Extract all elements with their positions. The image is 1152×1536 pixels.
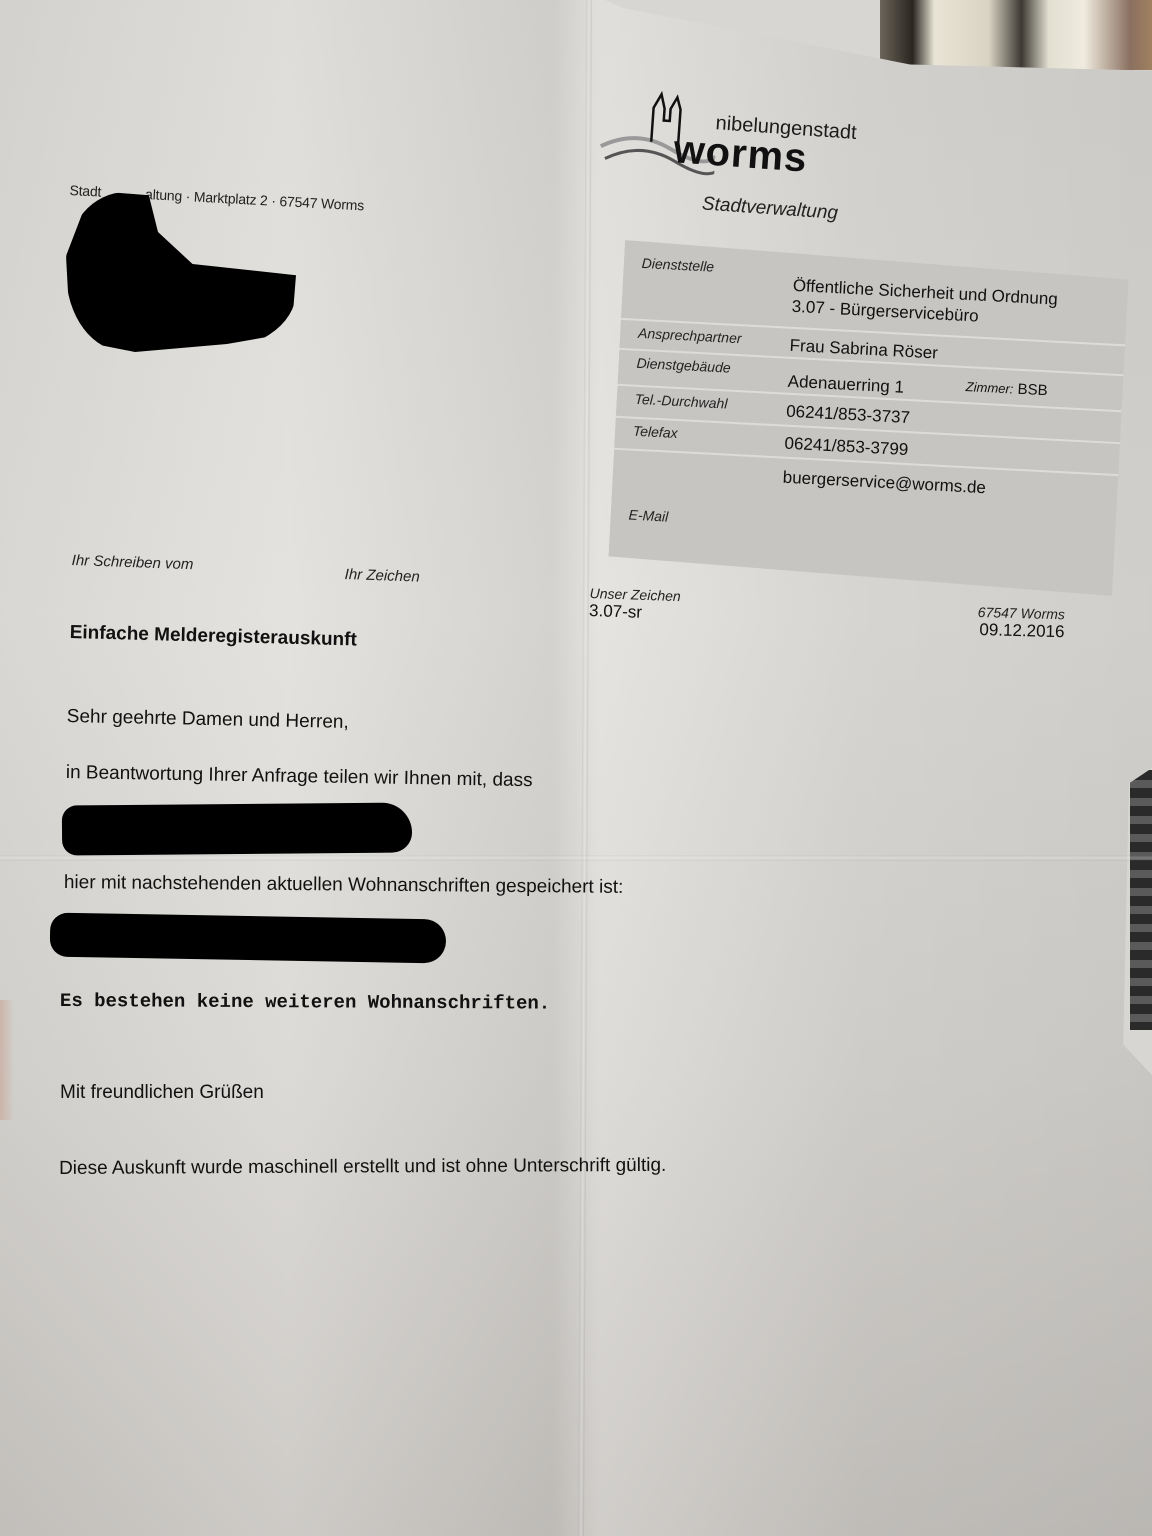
closing: Mit freundlichen Grüßen <box>60 1082 264 1104</box>
background-objects <box>880 0 1152 70</box>
room-info: Zimmer: BSB <box>965 378 1048 399</box>
logo-department: Stadtverwaltung <box>701 193 838 224</box>
background-object-right <box>1130 770 1152 1030</box>
redacted-person-name <box>62 802 412 855</box>
info-value: Öffentliche Sicherheit und Ordnung 3.07 … <box>791 275 1058 331</box>
info-value: 06241/853-3799 <box>784 433 909 460</box>
no-further-addresses-text: Es bestehen keine weiteren Wohnanschrift… <box>60 990 550 1015</box>
info-value: Adenauerring 1 <box>787 371 904 398</box>
logo-city-name: worms <box>672 127 809 181</box>
info-label: Tel.-Durchwahl <box>634 391 728 412</box>
info-label: Dienststelle <box>641 255 714 275</box>
city-logo: nibelungenstadt worms Stadtverwaltung <box>590 86 879 245</box>
info-label: E-Mail <box>628 507 668 525</box>
our-reference: Unser Zeichen 3.07-sr <box>589 585 681 624</box>
your-reference-label: Ihr Zeichen <box>344 566 420 586</box>
email-value: buergerservice@worms.de <box>782 467 986 499</box>
finger-shadow <box>0 1000 14 1120</box>
place-date: 67547 Worms 09.12.2016 <box>977 604 1065 642</box>
redacted-residential-address <box>50 913 447 964</box>
info-label: Telefax <box>633 423 678 441</box>
footer-note: Diese Auskunft wurde maschinell erstellt… <box>59 1155 666 1180</box>
sender-line-start: Stadt <box>69 182 101 200</box>
paper-fold-horizontal <box>0 855 1152 861</box>
info-label: Dienstgebäude <box>636 355 731 376</box>
our-reference-value: 3.07-sr <box>589 601 681 624</box>
info-value: 06241/853-3737 <box>786 401 911 428</box>
letter-date: 09.12.2016 <box>977 620 1065 642</box>
contact-info-box: Dienststelle Öffentliche Sicherheit und … <box>608 240 1130 596</box>
info-label: Ansprechpartner <box>638 325 742 346</box>
